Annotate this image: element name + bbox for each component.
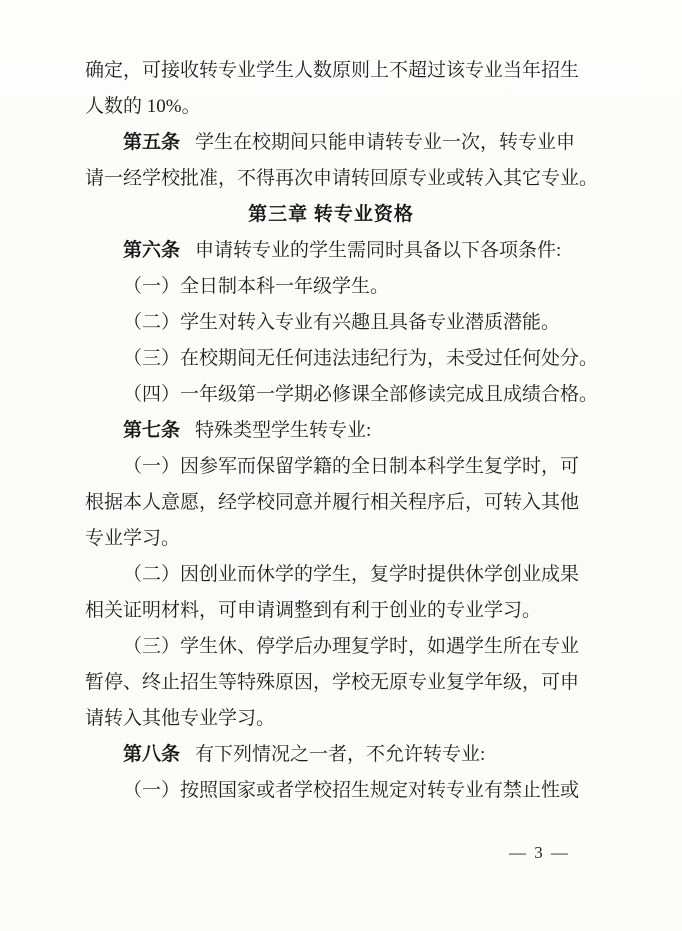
line-text: 请一经学校批准，不得再次申请转回原专业或转入其它专业。: [85, 168, 598, 189]
line-text: （三）学生休、停学后办理复学时，如遇学生所在专业: [123, 636, 579, 657]
paragraph-line: 相关证明材料，可申请调整到有利于创业的专业学习。: [85, 593, 577, 629]
page-number: — 3 —: [0, 843, 570, 863]
line-text: 确定，可接收转专业学生人数原则上不超过该专业当年招生: [85, 60, 579, 81]
list-item-line: （二）学生对转入专业有兴趣且具备专业潜质潜能。: [85, 305, 577, 341]
line-text: 人数的 10%。: [85, 96, 201, 117]
line-text: 特殊类型学生转专业:: [195, 420, 371, 441]
article-line-5: 第五条学生在校期间只能申请转专业一次，转专业申: [85, 125, 577, 161]
line-text: （三）在校期间无任何违法违纪行为，未受过任何处分。: [123, 348, 598, 369]
article-line-8: 第八条有下列情况之一者，不允许转专业:: [85, 737, 577, 773]
line-text: 根据本人意愿，经学校同意并履行相关程序后，可转入其他: [85, 492, 579, 513]
article-number: 第五条: [123, 132, 180, 153]
line-text: （四）一年级第一学期必修课全部修读完成且成绩合格。: [123, 384, 598, 405]
line-text: 学生在校期间只能申请转专业一次，转专业申: [195, 132, 575, 153]
list-item-line: （一）全日制本科一年级学生。: [85, 269, 577, 305]
line-text: （一）按照国家或者学校招生规定对转专业有禁止性或: [123, 780, 579, 801]
paragraph-line: 请一经学校批准，不得再次申请转回原专业或转入其它专业。: [85, 161, 577, 197]
line-text: 有下列情况之一者，不允许转专业:: [195, 744, 485, 765]
paragraph-line: 确定，可接收转专业学生人数原则上不超过该专业当年招生: [85, 53, 577, 89]
article-line-7: 第七条特殊类型学生转专业:: [85, 413, 577, 449]
paragraph-line: 根据本人意愿，经学校同意并履行相关程序后，可转入其他: [85, 485, 577, 521]
article-number: 第六条: [123, 240, 180, 261]
line-text: 暂停、终止招生等特殊原因，学校无原专业复学年级，可申: [85, 672, 579, 693]
line-text: 相关证明材料，可申请调整到有利于创业的专业学习。: [85, 600, 541, 621]
article-number: 第八条: [123, 744, 180, 765]
chapter-heading: 第三章 转专业资格: [85, 197, 577, 233]
line-text: 请转入其他专业学习。: [85, 708, 275, 729]
document-page: 确定，可接收转专业学生人数原则上不超过该专业当年招生 人数的 10%。 第五条学…: [0, 0, 682, 931]
paragraph-line: 请转入其他专业学习。: [85, 701, 577, 737]
list-item-line: （三）在校期间无任何违法违纪行为，未受过任何处分。: [85, 341, 577, 377]
line-text: 申请转专业的学生需同时具备以下各项条件:: [195, 240, 561, 261]
list-item-line: （一）因参军而保留学籍的全日制本科学生复学时，可: [85, 449, 577, 485]
paragraph-line: 暂停、终止招生等特殊原因，学校无原专业复学年级，可申: [85, 665, 577, 701]
list-item-line: （三）学生休、停学后办理复学时，如遇学生所在专业: [85, 629, 577, 665]
line-text: （一）全日制本科一年级学生。: [123, 276, 389, 297]
paragraph-line: 人数的 10%。: [85, 89, 577, 125]
article-line-6: 第六条申请转专业的学生需同时具备以下各项条件:: [85, 233, 577, 269]
list-item-line: （一）按照国家或者学校招生规定对转专业有禁止性或: [85, 773, 577, 809]
line-text: （二）学生对转入专业有兴趣且具备专业潜质潜能。: [123, 312, 560, 333]
line-text: （一）因参军而保留学籍的全日制本科学生复学时，可: [123, 456, 579, 477]
list-item-line: （二）因创业而休学的学生，复学时提供休学创业成果: [85, 557, 577, 593]
line-text: 专业学习。: [85, 528, 180, 549]
paragraph-line: 专业学习。: [85, 521, 577, 557]
line-text: （二）因创业而休学的学生，复学时提供休学创业成果: [123, 564, 579, 585]
document-body: 确定，可接收转专业学生人数原则上不超过该专业当年招生 人数的 10%。 第五条学…: [85, 53, 577, 809]
list-item-line: （四）一年级第一学期必修课全部修读完成且成绩合格。: [85, 377, 577, 413]
article-number: 第七条: [123, 420, 180, 441]
